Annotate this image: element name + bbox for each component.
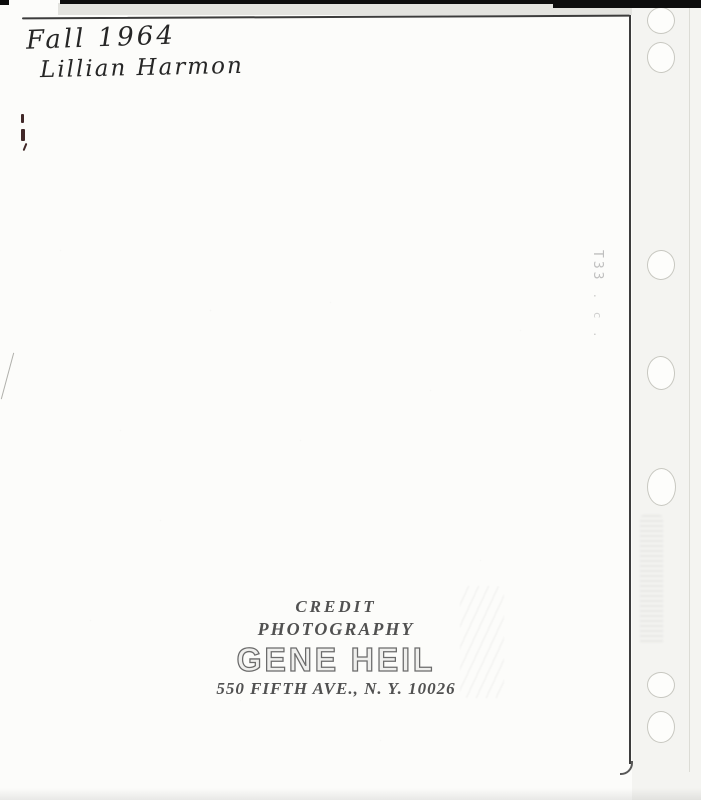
binder-hole	[646, 671, 676, 699]
photographer-credit-stamp: CREDIT PHOTOGRAPHY GENE HEIL 550 FIFTH A…	[190, 597, 482, 699]
binder-hole	[646, 355, 676, 390]
pen-mark-dash	[21, 129, 25, 141]
handwritten-annotation: Fall 1964 Lillian Harmon	[26, 22, 244, 81]
pen-mark-dash	[21, 114, 24, 123]
faint-stamped-code: T33. c .	[587, 250, 605, 322]
faint-code-primary: T33	[590, 250, 605, 282]
binder-hole	[646, 249, 676, 280]
pen-mark-tail	[23, 143, 28, 151]
ink-ghost-smudge	[640, 515, 663, 645]
handwriting-date: Fall 1964	[26, 18, 245, 56]
scan-corner-mark	[0, 0, 9, 5]
binder-hole	[646, 41, 676, 74]
sleeve-edge-strip	[632, 0, 701, 800]
binder-hole	[647, 468, 676, 506]
stamp-credit-line: CREDIT	[190, 597, 482, 617]
scan-bottom-shadow	[0, 788, 701, 800]
scratch-line	[1, 353, 14, 400]
scanned-photo-verso: Fall 1964 Lillian Harmon T33. c . CREDIT…	[0, 0, 701, 800]
handwriting-name: Lillian Harmon	[40, 53, 244, 83]
stamp-photographer-name: GENE HEIL	[194, 643, 477, 676]
scan-top-edge-bar-right	[553, 0, 701, 8]
binder-hole	[647, 7, 675, 34]
faint-code-secondary: . c .	[591, 292, 604, 340]
stamp-photography-line: PHOTOGRAPHY	[190, 619, 482, 640]
sleeve-edge-line	[689, 0, 690, 772]
binder-hole	[647, 711, 675, 743]
photo-right-edge	[629, 15, 631, 764]
stamp-address-line: 550 FIFTH AVE., N. Y. 10026	[190, 679, 482, 699]
photo-back-paper: Fall 1964 Lillian Harmon T33. c . CREDIT…	[0, 0, 632, 800]
photo-top-edge	[22, 15, 630, 20]
scanner-lid-shadow	[58, 3, 632, 15]
